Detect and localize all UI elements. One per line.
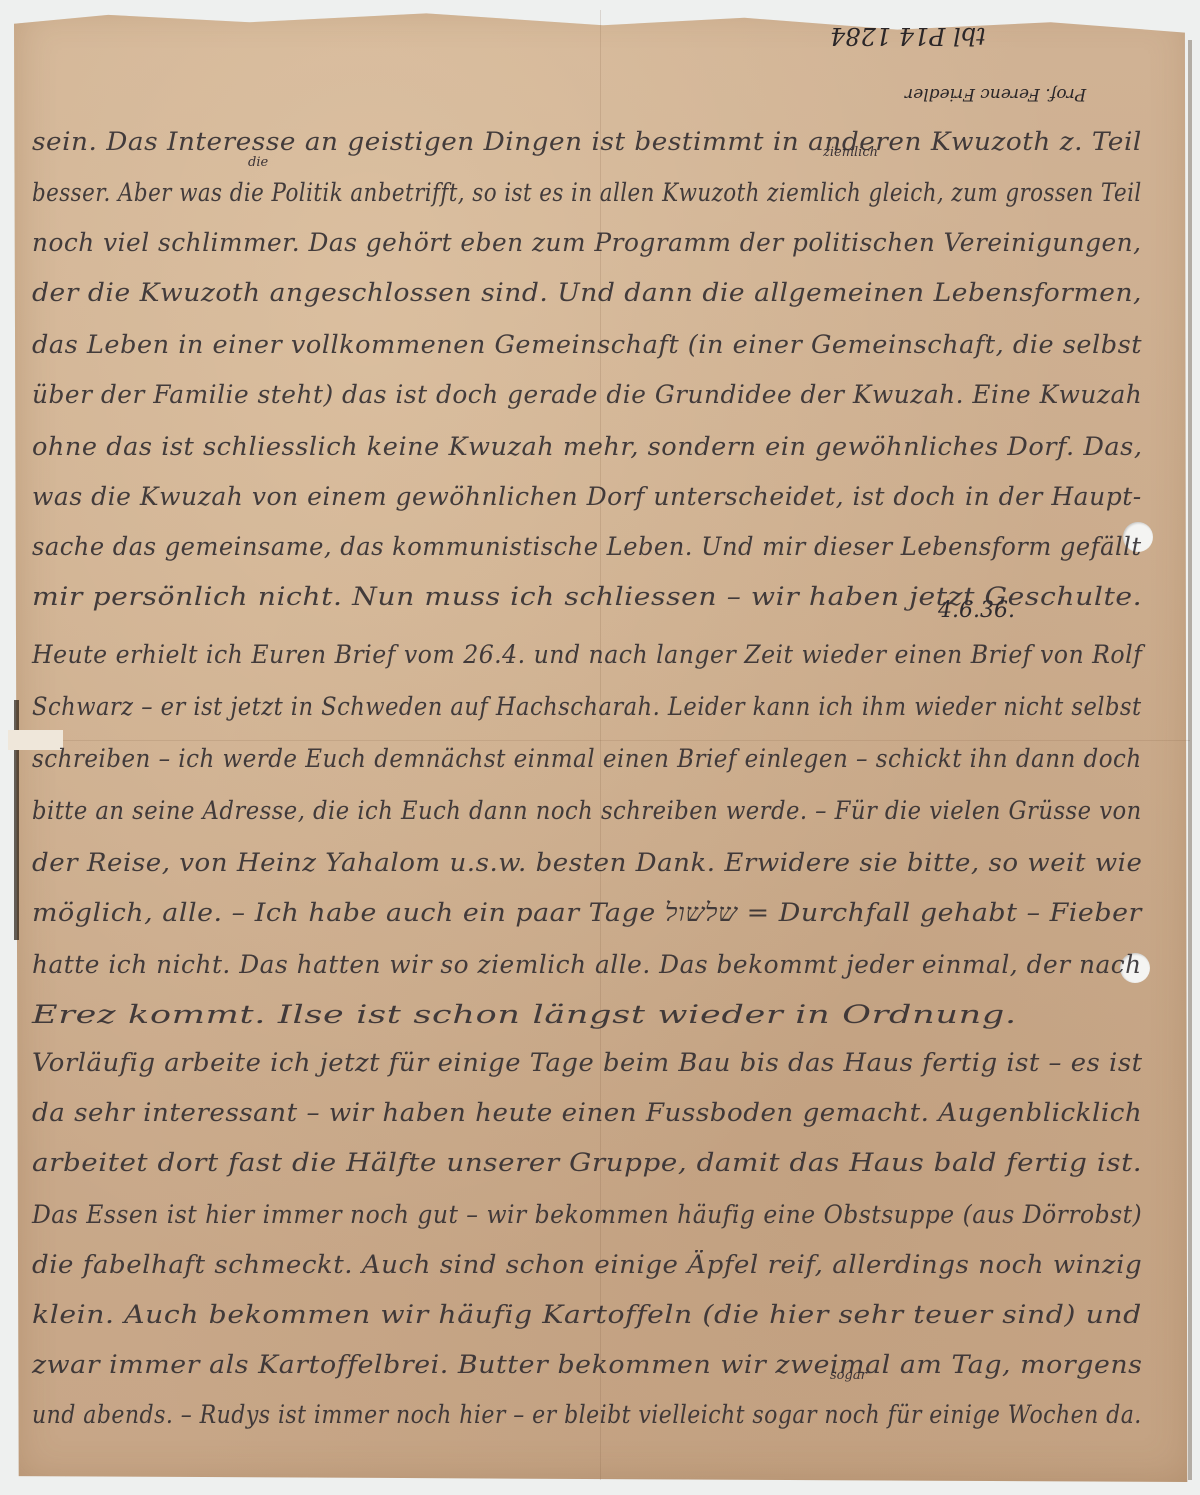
text-line: sache das gemeinsame, das kommunistische… <box>32 532 1142 561</box>
text-line: die fabelhaft schmeckt. Auch sind schon … <box>32 1250 1142 1279</box>
text-line: Schwarz – er ist jetzt in Schweden auf H… <box>32 692 1142 721</box>
text-line: der die Kwuzoth angeschlossen sind. Und … <box>32 278 1142 307</box>
archive-annotation: tbl P14 1284 <box>830 22 986 50</box>
text-line: das Leben in einer vollkommenen Gemeinsc… <box>32 330 1142 359</box>
text-line: hatte ich nicht. Das hatten wir so zieml… <box>32 950 1142 979</box>
text-line: sein. Das Interesse an geistigen Dingen … <box>32 127 1142 156</box>
text-line: noch viel schlimmer. Das gehört eben zum… <box>32 228 1142 257</box>
text-line: zwar immer als Kartoffelbrei. Butter bek… <box>32 1350 1143 1379</box>
text-line: Heute erhielt ich Euren Brief vom 26.4. … <box>32 640 1142 669</box>
text-line: möglich, alle. – Ich habe auch ein paar … <box>32 898 1142 928</box>
text-line: was die Kwuzah von einem gewöhnlichen Do… <box>32 482 1142 511</box>
archive-annotation-name: Prof. Ferenc Friedler <box>905 84 1086 104</box>
text-line: Vorläufig arbeite ich jetzt für einige T… <box>32 1048 1143 1077</box>
text-line: klein. Auch bekommen wir häufig Kartoffe… <box>32 1300 1142 1329</box>
text-line: über der Familie steht) das ist doch ger… <box>32 380 1142 409</box>
text-line: und abends. – Rudys ist immer noch hier … <box>32 1400 1142 1429</box>
text-line: schreiben – ich werde Euch demnächst ein… <box>32 744 1142 773</box>
text-line: arbeitet dort fast die Hälfte unserer Gr… <box>32 1148 1142 1177</box>
text-line: Das Essen ist hier immer noch gut – wir … <box>32 1200 1142 1229</box>
text-line: besser. Aber was die Politik anbetrifft,… <box>32 178 1142 207</box>
letter-date: 4.6.36. <box>938 598 1015 623</box>
insertion-die: die <box>248 155 268 170</box>
text-line: Erez kommt. Ilse ist schon längst wieder… <box>32 1000 1017 1029</box>
text-line: da sehr interessant – wir haben heute ei… <box>32 1098 1142 1127</box>
text-line: ohne das ist schliesslich keine Kwuzah m… <box>32 432 1142 461</box>
text-line: der Reise, von Heinz Yahalom u.s.w. best… <box>32 848 1142 877</box>
fold-line-horizontal <box>20 740 1190 741</box>
paper-edge-right <box>1188 40 1192 1480</box>
text-line: bitte an seine Adresse, die ich Euch dan… <box>32 796 1142 825</box>
